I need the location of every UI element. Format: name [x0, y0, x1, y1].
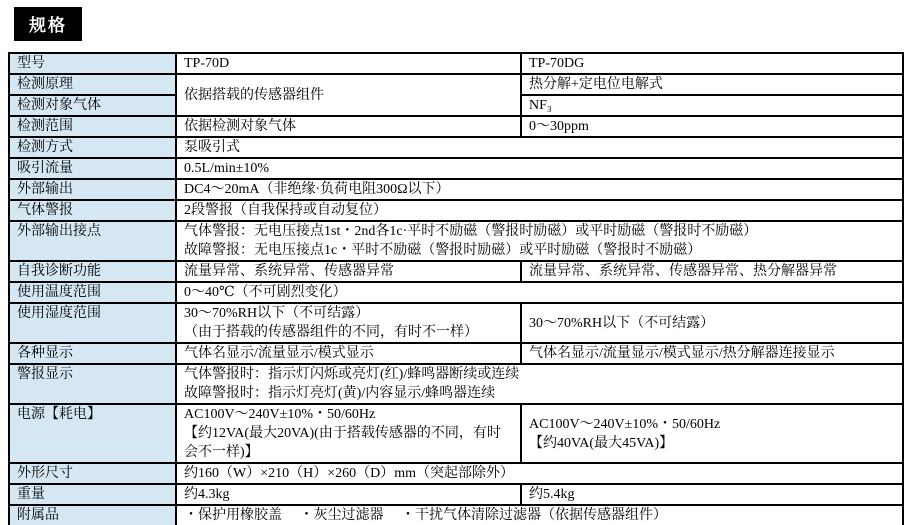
row-temp: 使用温度范围 0～40℃（不可剧烈变化）	[9, 282, 903, 303]
contacts-value-line1: 气体警报：无电压接点1st・2nd各1c·平时不励磁（警报时励磁）或平时励磁（警…	[184, 222, 895, 241]
power-tp70dg-line2: 【约40VA(最大45VA)】	[529, 434, 895, 453]
humidity-label-cell: 使用湿度范围	[9, 303, 176, 343]
dimensions-label-cell: 外形尺寸	[9, 463, 176, 484]
model-tp70dg-cell: TP-70DG	[521, 53, 903, 74]
flow-label-cell: 吸引流量	[9, 158, 176, 179]
displays-label-cell: 各种显示	[9, 343, 176, 364]
displays-tp70d-cell: 气体名显示/流量显示/模式显示	[176, 343, 521, 364]
contacts-value-line2: 故障警报：无电压接点1c・平时不励磁（警报时励磁）或平时励磁（警报时不励磁）	[184, 241, 895, 260]
row-method: 检测方式 泵吸引式	[9, 137, 903, 158]
gas-alarm-value-cell: 2段警报（自我保持或自动复位）	[176, 200, 903, 221]
alarm-display-label-cell: 警报显示	[9, 364, 176, 404]
alarm-display-value-cell: 气体警报时：指示灯闪烁或亮灯(红)/蜂鸣器断续或连续 故障警报时：指示灯亮灯(黄…	[176, 364, 903, 404]
spec-table: 型号 TP-70D TP-70DG 检测原理 依据搭载的传感器组件 热分解+定电…	[8, 52, 904, 525]
self-diag-tp70d-cell: 流量异常、系统异常、传感器异常	[176, 261, 521, 282]
temp-value-cell: 0～40℃（不可剧烈变化）	[176, 282, 903, 303]
power-tp70dg-line1: AC100V～240V±10%・50/60Hz	[529, 415, 895, 434]
gas-alarm-label-cell: 气体警报	[9, 200, 176, 221]
range-label-cell: 检测范围	[9, 116, 176, 137]
page-title: 规格	[14, 7, 82, 41]
displays-tp70dg-cell: 气体名显示/流量显示/模式显示/热分解器连接显示	[521, 343, 903, 364]
row-model: 型号 TP-70D TP-70DG	[9, 53, 903, 74]
output-value-cell: DC4～20mA（非绝缘·负荷电阻300Ω以下）	[176, 179, 903, 200]
alarm-display-line2: 故障警报时：指示灯亮灯(黄)/内容显示/蜂鸣器连续	[184, 384, 895, 403]
power-tp70d-cell: AC100V～240V±10%・50/60Hz 【约12VA(最大20VA)(由…	[176, 404, 521, 463]
row-gas-alarm: 气体警报 2段警报（自我保持或自动复位）	[9, 200, 903, 221]
range-tp70d-cell: 依据检测对象气体	[176, 116, 521, 137]
flow-value-cell: 0.5L/min±10%	[176, 158, 903, 179]
model-tp70d-cell: TP-70D	[176, 53, 521, 74]
row-accessories: 附属品 ・保护用橡胶盖 ・灰尘过滤器 ・干扰气体清除过滤器（依据传感器组件）	[9, 505, 903, 525]
contacts-value-cell: 气体警报：无电压接点1st・2nd各1c·平时不励磁（警报时励磁）或平时励磁（警…	[176, 221, 903, 261]
row-flow: 吸引流量 0.5L/min±10%	[9, 158, 903, 179]
row-weight: 重量 约4.3kg 约5.4kg	[9, 484, 903, 505]
alarm-display-line1: 气体警报时：指示灯闪烁或亮灯(红)/蜂鸣器断续或连续	[184, 365, 895, 384]
row-output: 外部输出 DC4～20mA（非绝缘·负荷电阻300Ω以下）	[9, 179, 903, 200]
row-range: 检测范围 依据检测对象气体 0～30ppm	[9, 116, 903, 137]
target-gas-tp70dg-cell: NF₃	[521, 95, 903, 116]
principle-tp70d-cell: 依据搭载的传感器组件	[176, 74, 521, 116]
contacts-label-cell: 外部输出接点	[9, 221, 176, 261]
power-tp70dg-cell: AC100V～240V±10%・50/60Hz 【约40VA(最大45VA)】	[521, 404, 903, 463]
model-label-cell: 型号	[9, 53, 176, 74]
row-contacts: 外部输出接点 气体警报：无电压接点1st・2nd各1c·平时不励磁（警报时励磁）…	[9, 221, 903, 261]
method-label-cell: 检测方式	[9, 137, 176, 158]
row-self-diag: 自我诊断功能 流量异常、系统异常、传感器异常 流量异常、系统异常、传感器异常、热…	[9, 261, 903, 282]
dimensions-value-cell: 约160（W）×210（H）×260（D）mm（突起部除外）	[176, 463, 903, 484]
humidity-tp70d-line1: 30～70%RH以下（不可结露）	[184, 304, 513, 323]
humidity-tp70dg-cell: 30～70%RH以下（不可结露）	[521, 303, 903, 343]
row-dimensions: 外形尺寸 约160（W）×210（H）×260（D）mm（突起部除外）	[9, 463, 903, 484]
weight-tp70dg-cell: 约5.4kg	[521, 484, 903, 505]
temp-label-cell: 使用温度范围	[9, 282, 176, 303]
row-humidity: 使用湿度范围 30～70%RH以下（不可结露） （由于搭载的传感器组件的不同，有…	[9, 303, 903, 343]
principle-tp70dg-cell: 热分解+定电位电解式	[521, 74, 903, 95]
row-principle: 检测原理 依据搭载的传感器组件 热分解+定电位电解式	[9, 74, 903, 95]
power-tp70d-line1: AC100V～240V±10%・50/60Hz	[184, 405, 513, 424]
row-displays: 各种显示 气体名显示/流量显示/模式显示 气体名显示/流量显示/模式显示/热分解…	[9, 343, 903, 364]
weight-label-cell: 重量	[9, 484, 176, 505]
row-power: 电源【耗电】 AC100V～240V±10%・50/60Hz 【约12VA(最大…	[9, 404, 903, 463]
self-diag-label-cell: 自我诊断功能	[9, 261, 176, 282]
range-tp70dg-cell: 0～30ppm	[521, 116, 903, 137]
humidity-tp70d-line2: （由于搭载的传感器组件的不同，有时不一样）	[184, 323, 513, 342]
principle-label-cell: 检测原理	[9, 74, 176, 95]
humidity-tp70d-cell: 30～70%RH以下（不可结露） （由于搭载的传感器组件的不同，有时不一样）	[176, 303, 521, 343]
weight-tp70d-cell: 约4.3kg	[176, 484, 521, 505]
method-value-cell: 泵吸引式	[176, 137, 903, 158]
self-diag-tp70dg-cell: 流量异常、系统异常、传感器异常、热分解器异常	[521, 261, 903, 282]
power-label-cell: 电源【耗电】	[9, 404, 176, 463]
target-gas-label-cell: 检测对象气体	[9, 95, 176, 116]
row-alarm-display: 警报显示 气体警报时：指示灯闪烁或亮灯(红)/蜂鸣器断续或连续 故障警报时：指示…	[9, 364, 903, 404]
accessories-value-cell: ・保护用橡胶盖 ・灰尘过滤器 ・干扰气体清除过滤器（依据传感器组件）	[176, 505, 903, 525]
accessories-label-cell: 附属品	[9, 505, 176, 525]
output-label-cell: 外部输出	[9, 179, 176, 200]
power-tp70d-line2: 【约12VA(最大20VA)(由于搭载传感器的不同，有时会不一样)】	[184, 424, 513, 462]
